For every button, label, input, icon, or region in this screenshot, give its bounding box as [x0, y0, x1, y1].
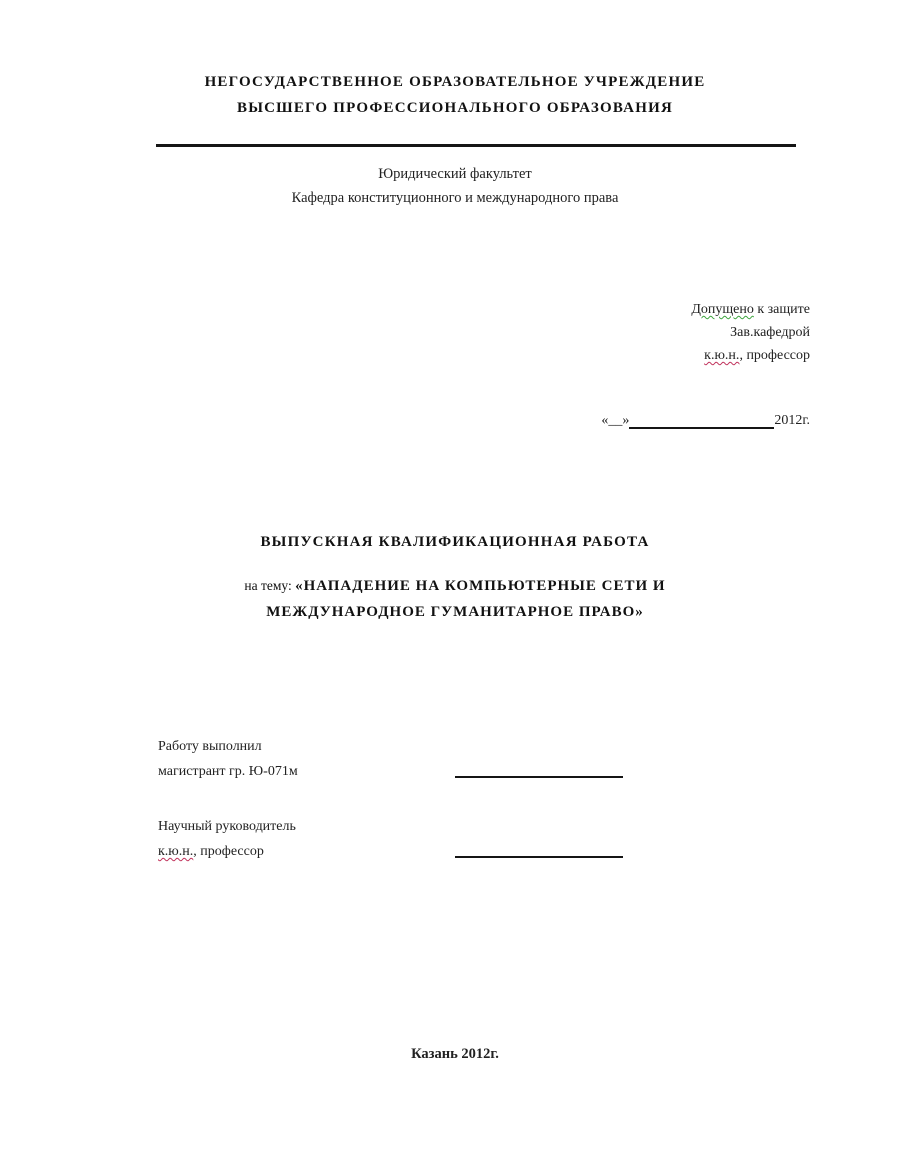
approval-date: «__» 2012г.	[601, 413, 810, 429]
head-degree-line: к.ю.н., профессор	[691, 344, 810, 367]
date-month-blank	[629, 415, 774, 429]
city-year: Казань 2012г.	[0, 1046, 910, 1063]
advisor-degree: к.ю.н.	[158, 844, 193, 859]
advisor-block: Научный руководитель к.ю.н., профессор	[158, 814, 296, 864]
topic-line-2: МЕЖДУНАРОДНОЕ ГУМАНИТАРНОЕ ПРАВО»	[0, 599, 910, 625]
author-block: Работу выполнил магистрант гр. Ю-071м	[158, 734, 298, 784]
org-name-line-2: ВЫСШЕГО ПРОФЕССИОНАЛЬНОГО ОБРАЗОВАНИЯ	[0, 100, 910, 117]
author-label: Работу выполнил	[158, 734, 298, 759]
approval-block: Допущено к защите Зав.кафедрой к.ю.н., п…	[691, 298, 810, 367]
topic-prefix: на тему:	[244, 578, 295, 593]
work-type: ВЫПУСКНАЯ КВАЛИФИКАЦИОННАЯ РАБОТА	[0, 534, 910, 551]
department-name: Кафедра конституционного и международног…	[0, 190, 910, 207]
advisor-title: , профессор	[193, 844, 264, 859]
head-degree: к.ю.н.	[704, 348, 739, 363]
author-group: магистрант гр. Ю-071м	[158, 759, 298, 784]
topic-title-part-2: МЕЖДУНАРОДНОЕ ГУМАНИТАРНОЕ ПРАВО»	[266, 604, 644, 620]
date-year: 2012г.	[774, 413, 810, 429]
topic-line-1: на тему: «НАПАДЕНИЕ НА КОМПЬЮТЕРНЫЕ СЕТИ…	[0, 573, 910, 599]
work-topic: на тему: «НАПАДЕНИЕ НА КОМПЬЮТЕРНЫЕ СЕТИ…	[0, 573, 910, 625]
admitted-word: Допущено	[691, 302, 754, 317]
date-day: «__»	[601, 413, 629, 429]
admitted-rest: к защите	[754, 302, 810, 317]
advisor-signature-line	[455, 856, 623, 858]
header-divider	[156, 144, 796, 147]
advisor-label: Научный руководитель	[158, 814, 296, 839]
advisor-degree-line: к.ю.н., профессор	[158, 839, 296, 864]
org-name-line-1: НЕГОСУДАРСТВЕННОЕ ОБРАЗОВАТЕЛЬНОЕ УЧРЕЖД…	[0, 74, 910, 91]
admitted-line: Допущено к защите	[691, 298, 810, 321]
head-of-department: Зав.кафедрой	[691, 321, 810, 344]
head-title: , профессор	[739, 348, 810, 363]
author-signature-line	[455, 776, 623, 778]
faculty-name: Юридический факультет	[0, 166, 910, 183]
topic-title-part-1: «НАПАДЕНИЕ НА КОМПЬЮТЕРНЫЕ СЕТИ И	[295, 578, 665, 594]
